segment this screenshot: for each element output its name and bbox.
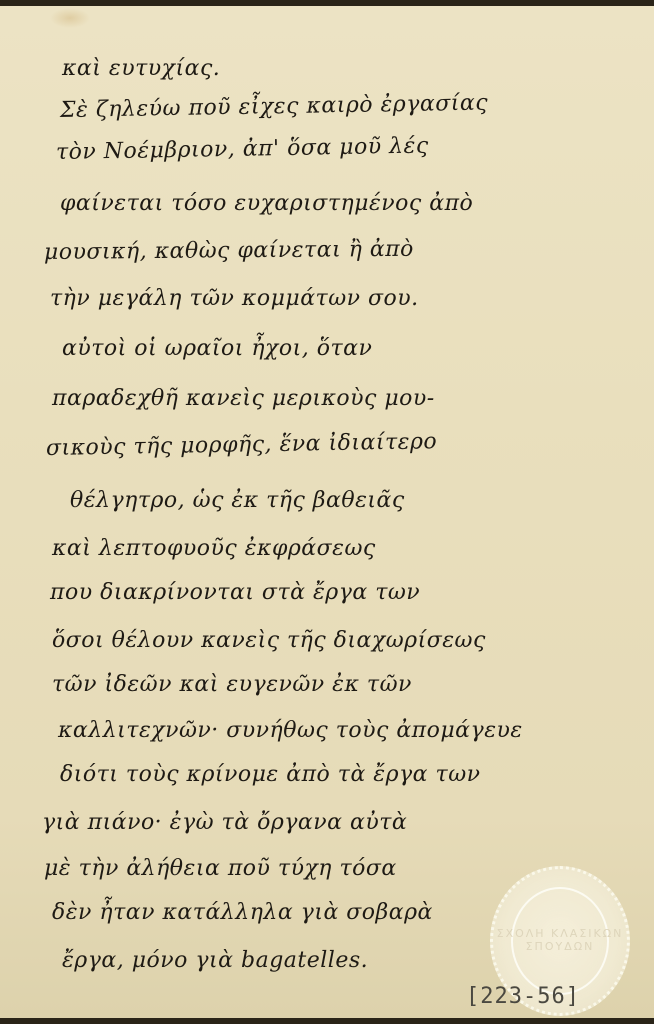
letter-line: παραδεχθῆ κανεὶς μερικοὺς μου- <box>52 386 435 411</box>
seal-text: ΣΧΟΛΗ ΚΛΑΣΙΚΩΝ ΣΠΟΥΔΩΝ <box>493 927 627 953</box>
letter-line: ἔργα, μόνο γιὰ bagatelles. <box>62 948 368 973</box>
letter-line: ὅσοι θέλουν κανεὶς τῆς διαχωρίσεως <box>52 628 486 653</box>
letter-line: διότι τοὺς κρίνομε ἀπὸ τὰ ἔργα των <box>60 762 481 787</box>
letter-line: θέλγητρο, ὡς ἐκ τῆς βαθειᾶς <box>70 488 405 513</box>
letter-line: σικοὺς τῆς μορφῆς, ἕνα ἰδιαίτερο <box>46 429 438 461</box>
letter-line: δὲν ἦταν κατάλληλα γιὰ σοβαρὰ <box>52 900 433 925</box>
letter-line: γιὰ πιάνο· ἐγὼ τὰ ὄργανα αὐτὰ <box>42 810 407 835</box>
letter-line: τὸν Νοέμβριον, ἀπ' ὅσα μοῦ λές <box>56 133 429 165</box>
letter-line: καὶ ευτυχίας. <box>62 56 220 81</box>
letter-page: καὶ ευτυχίας. Σὲ ζηλεύω ποῦ εἶχες καιρὸ … <box>0 6 654 1018</box>
letter-line: μουσική, καθὼς φαίνεται ἢ ἀπὸ <box>44 237 414 265</box>
paper-stain <box>50 8 90 28</box>
letter-line: αὐτοὶ οἱ ωραῖοι ἦχοι, ὅταν <box>62 336 372 361</box>
letter-line: τῶν ἰδεῶν καὶ ευγενῶν ἐκ τῶν <box>52 672 412 697</box>
letter-line: φαίνεται τόσο ευχαριστημένος ἀπὸ <box>60 191 473 216</box>
letter-line: μὲ τὴν ἀλήθεια ποῦ τύχη τόσα <box>44 856 397 881</box>
letter-line: καὶ λεπτοφυοῦς ἐκφράσεως <box>52 536 376 561</box>
archive-number: [223-56] <box>466 984 580 1009</box>
letter-line: τὴν μεγάλη τῶν κομμάτων σου. <box>50 286 419 311</box>
letter-line: καλλιτεχνῶν· συνήθως τοὺς ἀπομάγευε <box>58 718 523 743</box>
letter-line: Σὲ ζηλεύω ποῦ εἶχες καιρὸ ἐργασίας <box>60 91 488 123</box>
letter-line: που διακρίνονται στὰ ἔργα των <box>50 580 420 605</box>
